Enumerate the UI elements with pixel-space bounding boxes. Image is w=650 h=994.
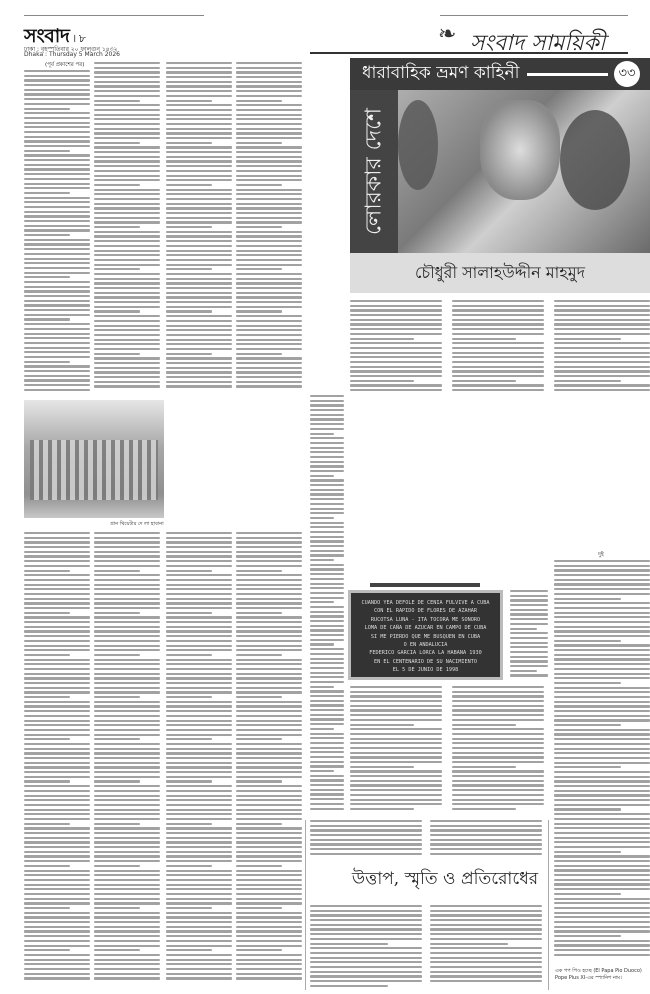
series-label: ধারাবাহিক ভ্রমণ কাহিনী [362, 60, 519, 88]
plaque-line: FEDERICO GARCIA LORCA LA HABANA 1930 [351, 649, 500, 657]
article2-column-2 [430, 905, 542, 985]
text-column-3b [166, 532, 232, 982]
top-rule-right [440, 15, 628, 16]
section-subheading: দুই [598, 552, 604, 560]
episode-number: ৩৩ [614, 61, 640, 87]
plaque-line: LOMA DE CAÑA DE AZUCAR EN CAMPO DE CUBA [351, 624, 500, 632]
plaque-line: SI ME PIERDO QUE ME BUSQUEN EN CUBA [351, 633, 500, 641]
text-column-2b [94, 532, 160, 982]
text-column-4b [236, 532, 302, 982]
mural-portrait [480, 100, 560, 200]
article-headline: উত্তাপ, স্মৃতি ও প্রতিরোধের [350, 866, 540, 894]
column-divider [305, 820, 306, 990]
plaque-line: CON EL RAPIDO DE FLORES DE AZAHAR [351, 607, 500, 615]
column-divider [548, 820, 549, 990]
footnote-line: এক পপ পিও হচ্ছে (El Papa Pio Duoco) [555, 968, 642, 975]
photo-caption: গ্রান থিয়েটার দে লা হাবানা [110, 521, 164, 529]
lorca-plaque: CUANDO YEA DEFOLE DE CENIA FULVIVE A CUB… [348, 590, 503, 680]
footnote-line: Pope Pius XI-এর স্প্যানিশ নাম। [555, 975, 642, 982]
author-byline: চৌধুরী সালাহউদ্দীন মাহমুদ [350, 253, 650, 293]
feature-column-1b [350, 686, 442, 813]
theatre-photo [24, 400, 164, 518]
article2-column-1 [310, 905, 422, 989]
series-header: ধারাবাহিক ভ্রমণ কাহিনী ৩৩ [350, 58, 650, 90]
article2-top-column-1 [310, 820, 422, 858]
feature-title-vertical: লোরকার দেশে [350, 90, 398, 253]
plaque-line: O EN ANDALUCIA [351, 641, 500, 649]
plaque-line: EN EL CENTENARIO DE SU NACIMIENTO [351, 658, 500, 666]
footnote: এক পপ পিও হচ্ছে (El Papa Pio Duoco) Pope… [555, 968, 642, 982]
continued-note: (পূর্ব প্রকাশের পর) [45, 62, 84, 70]
feature-column-3 [554, 300, 650, 394]
date-english: Dhaka : Thursday 5 March 2026 [24, 51, 120, 58]
plaque-line: CUANDO YEA DEFOLE DE CENIA FULVIVE A CUB… [351, 599, 500, 607]
text-column-3 [166, 62, 232, 390]
text-column-2 [94, 62, 160, 390]
plaque-top-bar [370, 583, 480, 587]
plaque-side-column [510, 590, 548, 679]
top-rule-left [24, 15, 204, 16]
bird-logo-icon: ❧ [438, 22, 456, 47]
plaque-line: EL 5 DE JUNIO DE 1998 [351, 666, 500, 674]
feature-column-2 [452, 300, 544, 394]
feature-column-2b [452, 686, 544, 813]
article2-top-column-2 [430, 820, 542, 858]
text-column-4 [236, 62, 302, 390]
tree-shape [398, 100, 438, 190]
tree-shape [560, 110, 630, 210]
series-rule [527, 73, 608, 76]
plaque-line: RUCOTSA LUNA - ITA TOCORA ME SONORO [351, 616, 500, 624]
narrow-column [310, 395, 344, 812]
feature-column-1 [350, 300, 442, 394]
feature-column-3b [554, 560, 650, 958]
text-column-1b [24, 532, 90, 982]
text-column-1 [24, 70, 90, 393]
